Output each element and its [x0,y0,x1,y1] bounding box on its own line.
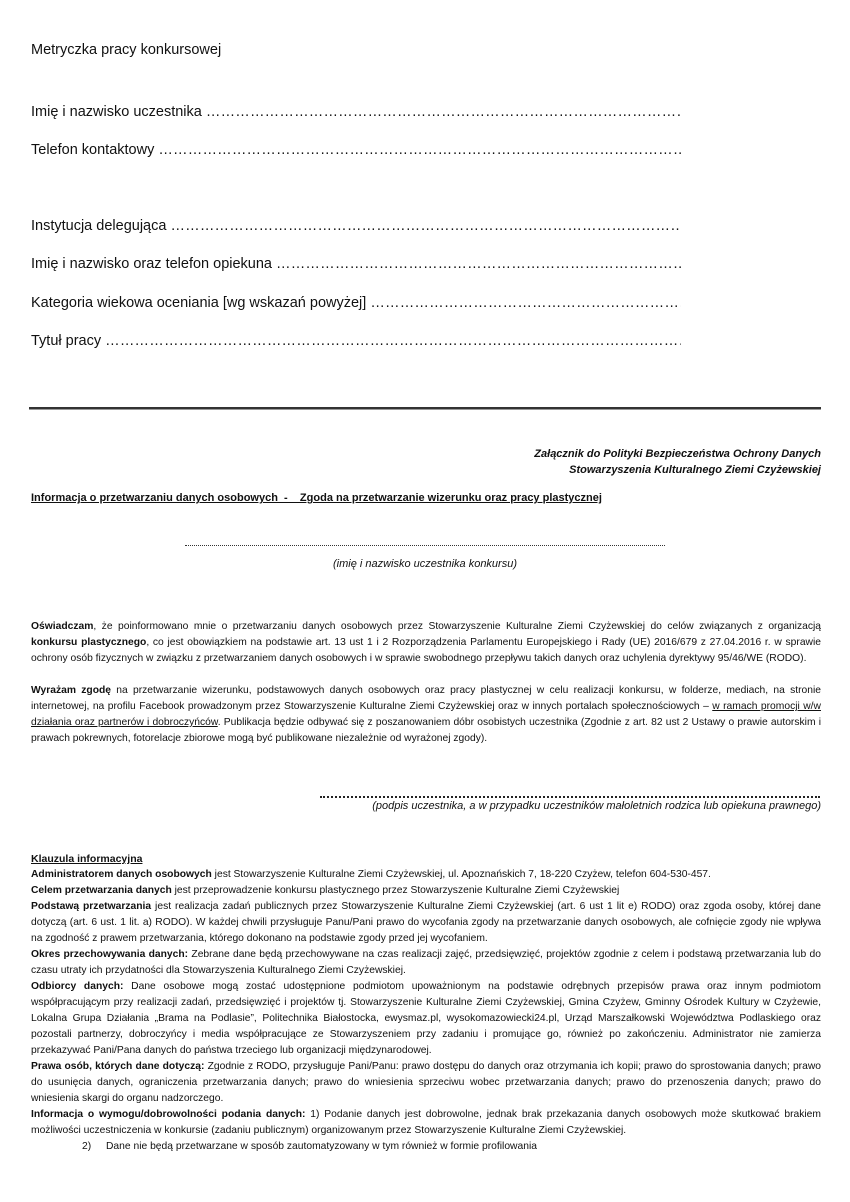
clause-item: Administratorem danych osobowych jest St… [31,867,821,883]
numbered-item: 2)Dane nie będą przetwarzane w sposób za… [31,1139,821,1155]
clause-item: Podstawą przetwarzania jest realizacja z… [31,899,821,947]
fill-in-dots: …………………………………………………………………………………………………………… [206,104,681,120]
clause-bold: Celem przetwarzania danych [31,885,172,896]
declaration-bold-2: konkursu plastycznego [31,637,146,648]
clause-bold: Prawa osób, których dane dotyczą: [31,1061,204,1072]
info-clause-title: Klauzula informacyjna [31,853,142,865]
field-label: Imię i nazwisko uczestnika [31,104,202,120]
clause-item: Prawa osób, których dane dotyczą: Zgodni… [31,1059,821,1107]
consent-paragraph: Wyrażam zgodę na przetwarzanie wizerunku… [31,683,821,747]
fill-in-dots: …………………………………………………………………………………………………………… [276,256,681,272]
info-clause-body: Administratorem danych osobowych jest St… [31,867,821,1155]
item-number: 2) [82,1139,106,1155]
clause-bold: Informacja o wymogu/dobrowolności podani… [31,1109,305,1120]
item-text: Dane nie będą przetwarzane w sposób zaut… [106,1141,537,1152]
field-label: Tytuł pracy [31,333,101,349]
clause-item: Informacja o wymogu/dobrowolności podani… [31,1107,821,1139]
field-label: Kategoria wiekowa oceniania [wg wskazań … [31,295,366,311]
field-label: Telefon kontaktowy [31,142,154,158]
annex-note: Załącznik do Polityki Bezpieczeństwa Och… [534,446,821,478]
form-title: Metryczka pracy konkursowej [31,42,221,58]
declaration-text-2: , co jest obowiązkiem na podstawie art. … [31,637,821,664]
clause-bold: Odbiorcy danych: [31,981,123,992]
clause-text: Dane osobowe mogą zostać udostępnione po… [31,981,821,1056]
declaration-bold: Oświadczam [31,621,93,632]
clause-item: Odbiorcy danych: Dane osobowe mogą zosta… [31,979,821,1059]
signature-caption: (podpis uczestnika, a w przypadku uczest… [372,800,821,812]
participant-name-line[interactable] [185,544,665,546]
declaration-paragraph: Oświadczam, że poinformowano mnie o prze… [31,619,821,667]
field-label: Instytucja delegująca [31,218,166,234]
field-age-category[interactable]: Kategoria wiekowa oceniania [wg wskazań … [31,295,681,311]
clause-item: Celem przetwarzania danych jest przeprow… [31,883,821,899]
fill-in-dots: …………………………………………………………………………………………………………… [158,142,681,158]
field-participant-name[interactable]: Imię i nazwisko uczestnika …………………………………… [31,104,681,120]
clause-bold: Okres przechowywania danych: [31,949,188,960]
annex-line-1: Załącznik do Polityki Bezpieczeństwa Och… [534,446,821,462]
field-phone[interactable]: Telefon kontaktowy ………………………………………………………… [31,142,681,158]
field-guardian[interactable]: Imię i nazwisko oraz telefon opiekuna ……… [31,256,681,272]
section-divider [29,407,821,410]
consent-text: na przetwarzanie wizerunku, podstawowych… [31,685,821,712]
field-label: Imię i nazwisko oraz telefon opiekuna [31,256,272,272]
field-institution[interactable]: Instytucja delegująca ………………………………………………… [31,218,681,234]
clause-item: Okres przechowywania danych: Zebrane dan… [31,947,821,979]
clause-text: jest przeprowadzenie konkursu plastyczne… [172,885,620,896]
fill-in-dots: …………………………………………………………………………………………………………… [170,218,681,234]
fill-in-dots: …………………………………………………………………………………………… [370,295,681,311]
fill-in-dots: …………………………………………………………………………………………………………… [105,333,681,349]
signature-line[interactable] [320,795,820,798]
declaration-text: , że poinformowano mnie o przetwarzaniu … [93,621,821,632]
participant-name-caption: (imię i nazwisko uczestnika konkursu) [185,558,665,570]
clause-bold: Podstawą przetwarzania [31,901,151,912]
clause-bold: Administratorem danych osobowych [31,869,212,880]
annex-line-2: Stowarzyszenia Kulturalnego Ziemi Czyżew… [534,462,821,478]
consent-bold: Wyrażam zgodę [31,685,111,696]
consent-heading: Informacja o przetwarzaniu danych osobow… [31,492,602,504]
field-work-title[interactable]: Tytuł pracy …………………………………………………………………………… [31,333,681,349]
clause-text: jest Stowarzyszenie Kulturalne Ziemi Czy… [212,869,711,880]
